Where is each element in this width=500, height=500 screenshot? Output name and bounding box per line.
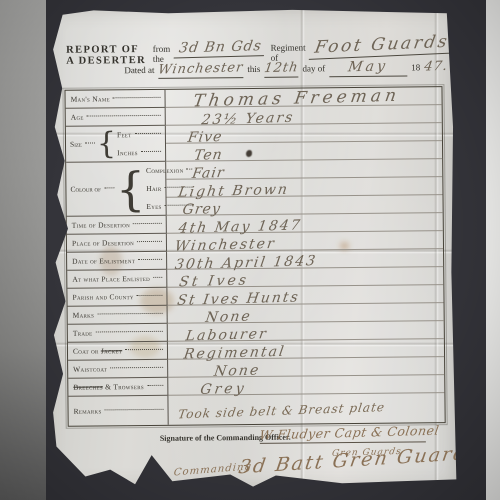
field-label-cell: Marks [68,306,168,325]
field-label-cell: Coat or Jacket [68,342,168,361]
label-struck-word: Jacket [101,346,122,355]
dotted-leader [104,409,163,411]
dotted-leader [104,187,114,188]
brace-glyph: { [116,166,146,212]
signature-handwritten: W Fludyer Capt & Colonel [258,423,440,443]
unit-handwritten: 3d Bn Gds [174,38,267,58]
dotted-leader [134,133,160,134]
group-label: Colour of [70,184,101,193]
field-label: Date of Enlistment [72,256,135,266]
dotted-leader [85,142,95,143]
field-label-cell: Colour of { Complexion Hair Eyes [66,162,167,217]
deserter-report-document: REPORT OF A DESERTER from the 3d Bn Gds … [44,6,458,490]
field-value-cell: Five Ten [166,123,442,162]
photo-right-strip [486,0,500,500]
photo-left-strip [0,0,46,500]
field-label-cell: Age [66,108,166,127]
dotted-leader [138,259,162,260]
field-label-cell: Remarks [68,396,168,426]
label-suffix: & Trowsers [105,382,144,391]
label-prefix: Coat or [73,346,99,355]
dated-day-handwritten: 12th [263,60,299,76]
field-value-cell: Took side belt & Breast plate [168,393,444,425]
field-label-cell: Size { Feet Inches [66,126,166,163]
field-label: Time of Desertion [72,220,130,230]
field-label: Man's Name [71,94,111,103]
field-value: Took side belt & Breast plate [177,400,386,421]
field-label: Waistcoat [73,364,107,373]
dated-month-handwritten: May [347,58,389,75]
field-label-cell: Waistcoat [68,360,168,379]
field-label: Remarks [74,406,102,415]
field-label-cell: Trade [68,324,168,343]
dotted-leader [97,313,162,315]
brace-glyph: { [97,129,116,159]
field-label: Hair [146,184,161,193]
dotted-leader [137,241,162,242]
label-struck-word: Breeches [73,382,103,391]
field-label: Place of Desertion [72,238,134,248]
field-label-cell: Man's Name [65,90,165,109]
table-row-size: Size { Feet Inches Five Ten [66,123,442,163]
field-label: Coat or Jacket [73,346,122,355]
field-label-cell: Breeches & Trowsers [68,378,168,397]
dotted-leader [153,277,162,278]
dated-place-blank: Winchester [158,61,243,79]
dated-line: Dated at Winchester this 12th day of May… [124,58,448,79]
sub-value-row: Ten [166,141,442,161]
field-label: Inches [117,148,138,157]
table-row-colour-of: Colour of { Complexion Hair Eyes Fair Li… [66,159,443,217]
photo-of-document: REPORT OF A DESERTER from the 3d Bn Gds … [0,0,500,500]
field-label: Parish and County [72,292,133,302]
dated-day-blank: 12th [264,61,298,78]
this-label: this [247,64,260,74]
dotted-leader [125,349,163,350]
field-label-cell: At what Place Enlisted [67,270,167,289]
field-value-cell: Fair Light Brown Grey [166,159,443,216]
field-label-cell: Parish and County [67,288,167,307]
sub-label-row: Inches [117,143,162,161]
dotted-leader [110,367,163,369]
sub-value-row: Grey [167,195,443,215]
field-label-cell: Place of Desertion [67,234,167,253]
year-handwritten: 47. [423,59,449,75]
signature-line: W Fludyer Capt & Colonel [260,423,426,444]
table-row-remarks: Remarks Took side belt & Breast plate [68,393,444,426]
field-label: Marks [73,311,95,320]
field-label: Feet [117,130,132,139]
dated-place-handwritten: Winchester [157,60,244,77]
year-prefix-label: 18 [411,62,420,72]
field-label-cell: Time of Desertion [67,216,167,235]
dotted-leader [141,151,161,152]
day-of-label: day of [302,63,325,73]
field-label: Eyes [146,202,161,211]
sub-label-row: Feet [117,126,162,144]
dotted-leader [95,331,162,333]
dotted-leader [147,385,163,386]
field-label-cell: Date of Enlistment [67,252,167,271]
regiment-handwritten: Foot Guards [308,32,454,60]
dated-at-label: Dated at [124,65,154,75]
dotted-leader [113,97,161,98]
dotted-leader [133,223,162,224]
dotted-leader [137,295,163,296]
field-label: Breeches & Trowsers [73,382,144,392]
document-content: REPORT OF A DESERTER from the 3d Bn Gds … [42,4,461,492]
field-label: At what Place Enlisted [72,274,150,284]
field-label: Trade [73,329,93,338]
sub-labels: Feet Inches [117,126,162,161]
dated-month-blank: May [329,58,407,77]
deserter-details-table: Man's Name Thomas Freeman Age 23½ Years … [64,86,445,427]
dotted-leader [87,115,161,117]
group-label: Size [70,140,82,149]
field-label: Age [71,113,84,122]
